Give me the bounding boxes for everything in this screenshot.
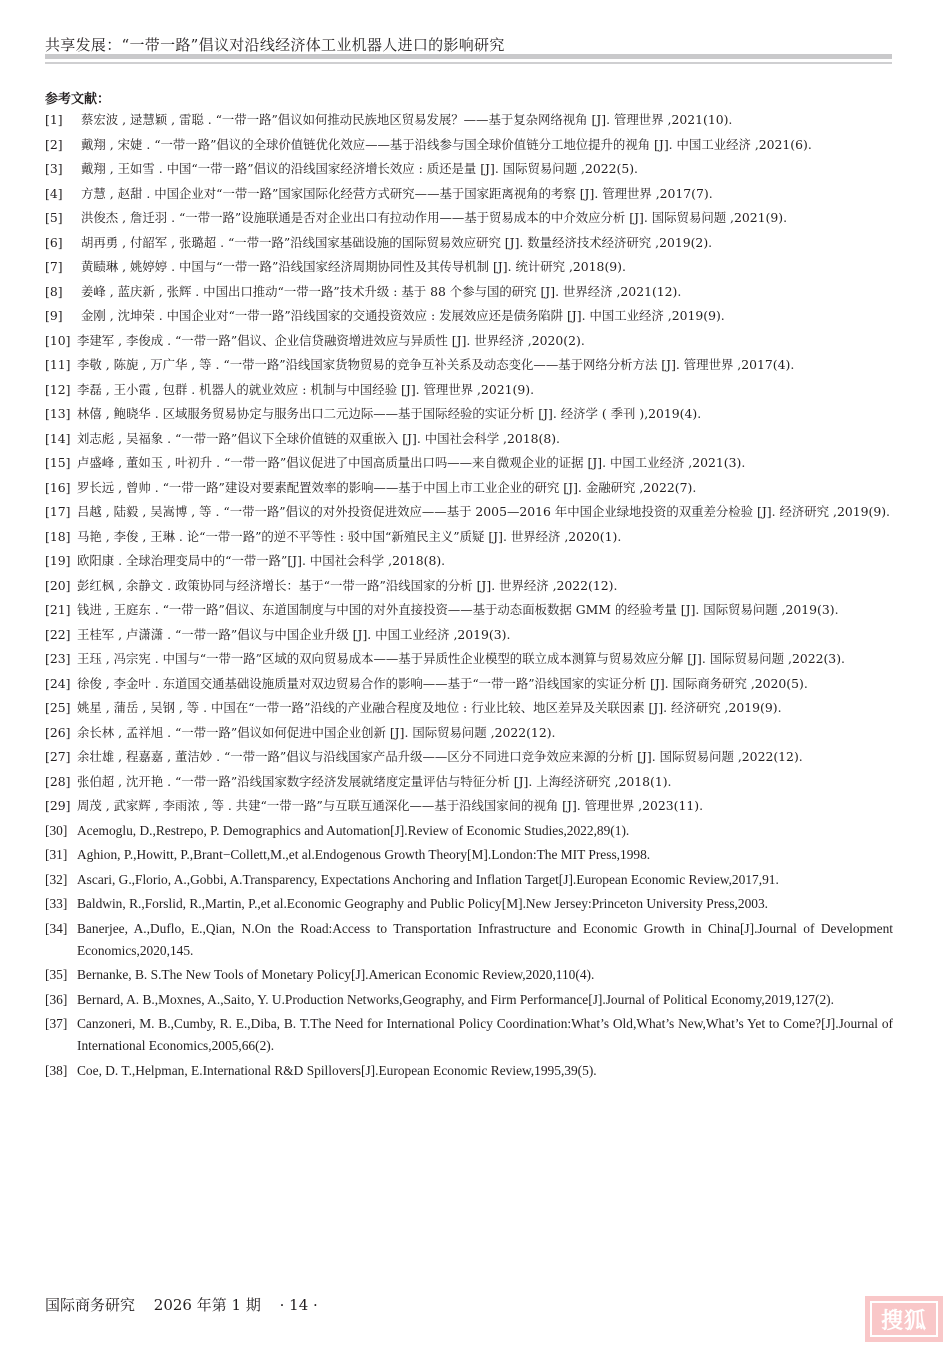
reference-text: Coe, D. T.,Helpman, E.International R&D … [77,1060,893,1082]
reference-item: [17]吕越 , 陆毅 , 吴嵩博 , 等 . “一带一路”倡议的对外投资促进效… [45,501,893,523]
reference-item: [38]Coe, D. T.,Helpman, E.International … [45,1060,893,1082]
reference-number: [5] [45,207,81,229]
reference-text: 马艳 , 李俊 , 王琳 . 论“一带一路”的逆不平等性 : 驳中国“新殖民主义… [77,526,893,548]
reference-text: 李敬 , 陈旎 , 万广华 , 等 . “一带一路”沿线国家货物贸易的竞争互补关… [77,354,893,376]
reference-item: [7]黄赜琳 , 姚婷婷 . 中国与“一带一路”沿线国家经济周期协同性及其传导机… [45,256,893,278]
reference-item: [25]姚星 , 蒲岳 , 吴钢 , 等 . 中国在“一带一路”沿线的产业融合程… [45,697,893,719]
reference-number: [20] [45,575,77,597]
reference-item: [19]欧阳康 . 全球治理变局中的“一带一路”[J]. 中国社会科学 ,201… [45,550,893,572]
reference-text: 李建军 , 李俊成 . “一带一路”倡议、企业信贷融资增进效应与异质性 [J].… [77,330,893,352]
reference-item: [8]姜峰 , 蓝庆新 , 张辉 . 中国出口推动“一带一路”技术升级 : 基于… [45,281,893,303]
reference-text: 徐俊 , 李金叶 . 东道国交通基础设施质量对双边贸易合作的影响——基于“一带一… [77,673,893,695]
page-footer: 国际商务研究 2026 年第 1 期 · 14 · [45,1294,332,1315]
reference-number: [10] [45,330,77,352]
reference-item: [34]Banerjee, A.,Duflo, E.,Qian, N.On th… [45,918,893,962]
reference-number: [14] [45,428,77,450]
reference-number: [22] [45,624,77,646]
reference-text: 卢盛峰 , 董如玉 , 叶初升 . “一带一路”倡议促进了中国高质量出口吗——来… [77,452,893,474]
header-rule-thick [45,54,892,59]
reference-item: [30]Acemoglu, D.,Restrepo, P. Demographi… [45,820,893,842]
reference-item: [18]马艳 , 李俊 , 王琳 . 论“一带一路”的逆不平等性 : 驳中国“新… [45,526,893,548]
reference-number: [23] [45,648,77,670]
reference-number: [26] [45,722,77,744]
reference-text: Ascari, G.,Florio, A.,Gobbi, A.Transpare… [77,869,893,891]
reference-number: [27] [45,746,77,768]
reference-item: [36]Bernard, A. B.,Moxnes, A.,Saito, Y. … [45,989,893,1011]
reference-text: 吕越 , 陆毅 , 吴嵩博 , 等 . “一带一路”倡议的对外投资促进效应——基… [77,501,893,523]
reference-number: [36] [45,989,77,1011]
header-rule-thin [45,62,892,64]
reference-item: [21]钱进 , 王庭东 . “一带一路”倡议、东道国制度与中国的对外直接投资—… [45,599,893,621]
reference-item: [37]Canzoneri, M. B.,Cumby, R. E.,Diba, … [45,1013,893,1057]
reference-number: [18] [45,526,77,548]
reference-number: [31] [45,844,77,866]
reference-text: 余壮雄 , 程嘉嘉 , 董洁妙 . “一带一路”倡议与沿线国家产品升级——区分不… [77,746,893,768]
reference-number: [19] [45,550,77,572]
references-heading: 参考文献： [45,88,110,107]
reference-number: [30] [45,820,77,842]
reference-item: [20]彭红枫 , 余静文 . 政策协同与经济增长：基于“一带一路”沿线国家的分… [45,575,893,597]
reference-item: [14]刘志彪 , 吴福象 . “一带一路”倡议下全球价值链的双重嵌入 [J].… [45,428,893,450]
watermark-seal: 搜狐 [865,1296,943,1342]
reference-text: Bernard, A. B.,Moxnes, A.,Saito, Y. U.Pr… [77,989,893,1011]
reference-number: [37] [45,1013,77,1035]
reference-item: [28]张伯超 , 沈开艳 . “一带一路”沿线国家数字经济发展就绪度定量评估与… [45,771,893,793]
reference-list: [1]蔡宏波 , 逯慧颖 , 雷聪 . “一带一路”倡议如何推动民族地区贸易发展… [45,109,893,1084]
reference-text: 钱进 , 王庭东 . “一带一路”倡议、东道国制度与中国的对外直接投资——基于动… [77,599,893,621]
reference-item: [3]戴翔 , 王如雪 . 中国“一带一路”倡议的沿线国家经济增长效应 : 质还… [45,158,893,180]
reference-item: [6]胡再勇 , 付韶军 , 张璐超 . “一带一路”沿线国家基础设施的国际贸易… [45,232,893,254]
reference-text: Acemoglu, D.,Restrepo, P. Demographics a… [77,820,893,842]
reference-text: Aghion, P.,Howitt, P.,Brant−Collett,M.,e… [77,844,893,866]
reference-number: [6] [45,232,81,254]
reference-text: 李磊 , 王小霞 , 包群 . 机器人的就业效应 : 机制与中国经验 [J]. … [77,379,893,401]
reference-number: [32] [45,869,77,891]
footer-page-number: · 14 · [280,1296,318,1314]
reference-number: [17] [45,501,77,523]
reference-text: 刘志彪 , 吴福象 . “一带一路”倡议下全球价值链的双重嵌入 [J]. 中国社… [77,428,893,450]
reference-text: 戴翔 , 宋婕 . “一带一路”倡议的全球价值链优化效应——基于沿线参与国全球价… [81,134,893,156]
reference-item: [11]李敬 , 陈旎 , 万广华 , 等 . “一带一路”沿线国家货物贸易的竞… [45,354,893,376]
reference-item: [12]李磊 , 王小霞 , 包群 . 机器人的就业效应 : 机制与中国经验 [… [45,379,893,401]
reference-item: [16]罗长远 , 曾帅 . “一带一路”建设对要素配置效率的影响——基于中国上… [45,477,893,499]
reference-number: [34] [45,918,77,940]
reference-text: 蔡宏波 , 逯慧颖 , 雷聪 . “一带一路”倡议如何推动民族地区贸易发展？——… [81,109,893,131]
reference-text: 洪俊杰 , 詹迁羽 . “一带一路”设施联通是否对企业出口有拉动作用——基于贸易… [81,207,893,229]
reference-item: [4]方慧 , 赵甜 . 中国企业对“一带一路”国家国际化经营方式研究——基于国… [45,183,893,205]
reference-item: [13]林僖 , 鲍晓华 . 区域服务贸易协定与服务出口二元边际——基于国际经验… [45,403,893,425]
reference-text: Banerjee, A.,Duflo, E.,Qian, N.On the Ro… [77,918,893,962]
reference-text: 金刚 , 沈坤荣 . 中国企业对“一带一路”沿线国家的交通投资效应 : 发展效应… [81,305,893,327]
reference-text: Canzoneri, M. B.,Cumby, R. E.,Diba, B. T… [77,1013,893,1057]
reference-item: [32]Ascari, G.,Florio, A.,Gobbi, A.Trans… [45,869,893,891]
reference-text: 戴翔 , 王如雪 . 中国“一带一路”倡议的沿线国家经济增长效应 : 质还是量 … [81,158,893,180]
reference-item: [31]Aghion, P.,Howitt, P.,Brant−Collett,… [45,844,893,866]
reference-item: [15]卢盛峰 , 董如玉 , 叶初升 . “一带一路”倡议促进了中国高质量出口… [45,452,893,474]
reference-text: 姜峰 , 蓝庆新 , 张辉 . 中国出口推动“一带一路”技术升级 : 基于 88… [81,281,893,303]
footer-issue: 2026 年第 1 期 [154,1296,261,1314]
reference-number: [35] [45,964,77,986]
reference-text: 王桂军 , 卢潇潇 . “一带一路”倡议与中国企业升级 [J]. 中国工业经济 … [77,624,893,646]
reference-number: [9] [45,305,81,327]
footer-journal-name: 国际商务研究 [45,1296,135,1314]
reference-number: [3] [45,158,81,180]
reference-text: 欧阳康 . 全球治理变局中的“一带一路”[J]. 中国社会科学 ,2018(8)… [77,550,893,572]
reference-item: [1]蔡宏波 , 逯慧颖 , 雷聪 . “一带一路”倡议如何推动民族地区贸易发展… [45,109,893,131]
reference-number: [24] [45,673,77,695]
reference-item: [33]Baldwin, R.,Forslid, R.,Martin, P.,e… [45,893,893,915]
reference-text: 周茂 , 武家辉 , 李雨浓 , 等 . 共建“一带一路”与互联互通深化——基于… [77,795,893,817]
reference-item: [2]戴翔 , 宋婕 . “一带一路”倡议的全球价值链优化效应——基于沿线参与国… [45,134,893,156]
reference-text: Bernanke, B. S.The New Tools of Monetary… [77,964,893,986]
reference-number: [13] [45,403,77,425]
reference-number: [1] [45,109,81,131]
reference-item: [29]周茂 , 武家辉 , 李雨浓 , 等 . 共建“一带一路”与互联互通深化… [45,795,893,817]
reference-number: [16] [45,477,77,499]
reference-item: [9]金刚 , 沈坤荣 . 中国企业对“一带一路”沿线国家的交通投资效应 : 发… [45,305,893,327]
reference-item: [26]余长林 , 孟祥旭 . “一带一路”倡议如何促进中国企业创新 [J]. … [45,722,893,744]
reference-text: 胡再勇 , 付韶军 , 张璐超 . “一带一路”沿线国家基础设施的国际贸易效应研… [81,232,893,254]
reference-text: 姚星 , 蒲岳 , 吴钢 , 等 . 中国在“一带一路”沿线的产业融合程度及地位… [77,697,893,719]
reference-item: [24]徐俊 , 李金叶 . 东道国交通基础设施质量对双边贸易合作的影响——基于… [45,673,893,695]
reference-number: [21] [45,599,77,621]
reference-number: [38] [45,1060,77,1082]
reference-number: [4] [45,183,81,205]
reference-text: 张伯超 , 沈开艳 . “一带一路”沿线国家数字经济发展就绪度定量评估与特征分析… [77,771,893,793]
reference-number: [8] [45,281,81,303]
reference-item: [10]李建军 , 李俊成 . “一带一路”倡议、企业信贷融资增进效应与异质性 … [45,330,893,352]
reference-item: [22]王桂军 , 卢潇潇 . “一带一路”倡议与中国企业升级 [J]. 中国工… [45,624,893,646]
reference-number: [15] [45,452,77,474]
seal-text: 搜狐 [870,1301,938,1337]
reference-text: 彭红枫 , 余静文 . 政策协同与经济增长：基于“一带一路”沿线国家的分析 [J… [77,575,893,597]
reference-text: 王珏 , 冯宗宪 . 中国与“一带一路”区域的双向贸易成本——基于异质性企业模型… [77,648,893,670]
reference-number: [29] [45,795,77,817]
reference-number: [7] [45,256,81,278]
reference-number: [11] [45,354,77,376]
reference-item: [5]洪俊杰 , 詹迁羽 . “一带一路”设施联通是否对企业出口有拉动作用——基… [45,207,893,229]
reference-number: [12] [45,379,77,401]
reference-text: 方慧 , 赵甜 . 中国企业对“一带一路”国家国际化经营方式研究——基于国家距离… [81,183,893,205]
reference-number: [25] [45,697,77,719]
reference-number: [28] [45,771,77,793]
reference-text: 罗长远 , 曾帅 . “一带一路”建设对要素配置效率的影响——基于中国上市工业企… [77,477,893,499]
reference-text: 林僖 , 鲍晓华 . 区域服务贸易协定与服务出口二元边际——基于国际经验的实证分… [77,403,893,425]
reference-text: 黄赜琳 , 姚婷婷 . 中国与“一带一路”沿线国家经济周期协同性及其传导机制 [… [81,256,893,278]
reference-item: [35]Bernanke, B. S.The New Tools of Mone… [45,964,893,986]
reference-number: [2] [45,134,81,156]
reference-item: [27]余壮雄 , 程嘉嘉 , 董洁妙 . “一带一路”倡议与沿线国家产品升级—… [45,746,893,768]
reference-item: [23]王珏 , 冯宗宪 . 中国与“一带一路”区域的双向贸易成本——基于异质性… [45,648,893,670]
reference-text: 余长林 , 孟祥旭 . “一带一路”倡议如何促进中国企业创新 [J]. 国际贸易… [77,722,893,744]
running-head-title: 共享发展：“一带一路”倡议对沿线经济体工业机器人进口的影响研究 [45,34,505,55]
reference-text: Baldwin, R.,Forslid, R.,Martin, P.,et al… [77,893,893,915]
reference-number: [33] [45,893,77,915]
